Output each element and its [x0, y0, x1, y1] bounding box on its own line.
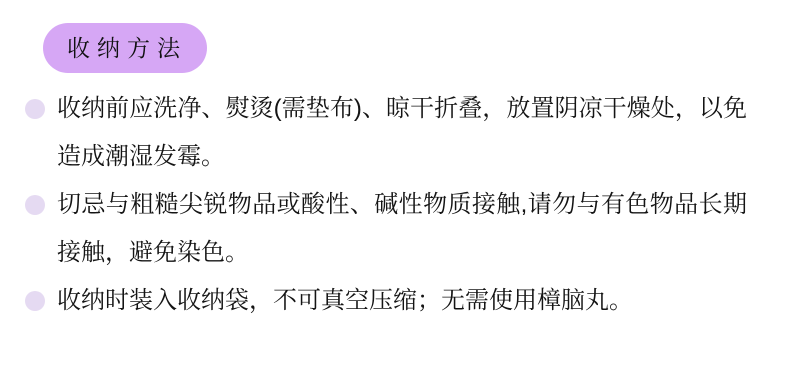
tip-text: 收纳时装入收纳袋，不可真空压缩；无需使用樟脑丸。 — [57, 287, 633, 314]
tip-text: 收纳前应洗净、熨烫(需垫布)、晾干折叠，放置阴凉干燥处，以免造成潮湿发霉。 — [57, 95, 747, 170]
bullet-dot-icon — [25, 99, 45, 119]
tip-text: 切忌与粗糙尖锐物品或酸性、碱性物质接触,请勿与有色物品长期接触，避免染色。 — [57, 191, 747, 266]
section-title: 收纳方法 — [67, 35, 187, 61]
bullet-dot-icon — [25, 195, 45, 215]
list-item: 收纳前应洗净、熨烫(需垫布)、晾干折叠，放置阴凉干燥处，以免造成潮湿发霉。 — [25, 85, 747, 181]
list-item: 收纳时装入收纳袋，不可真空压缩；无需使用樟脑丸。 — [25, 277, 747, 325]
section-title-badge: 收纳方法 — [43, 23, 207, 73]
bullet-dot-icon — [25, 291, 45, 311]
storage-method-section: 收纳方法 收纳前应洗净、熨烫(需垫布)、晾干折叠，放置阴凉干燥处，以免造成潮湿发… — [0, 0, 790, 379]
list-item: 切忌与粗糙尖锐物品或酸性、碱性物质接触,请勿与有色物品长期接触，避免染色。 — [25, 181, 747, 277]
storage-tips-list: 收纳前应洗净、熨烫(需垫布)、晾干折叠，放置阴凉干燥处，以免造成潮湿发霉。 切忌… — [25, 85, 747, 325]
